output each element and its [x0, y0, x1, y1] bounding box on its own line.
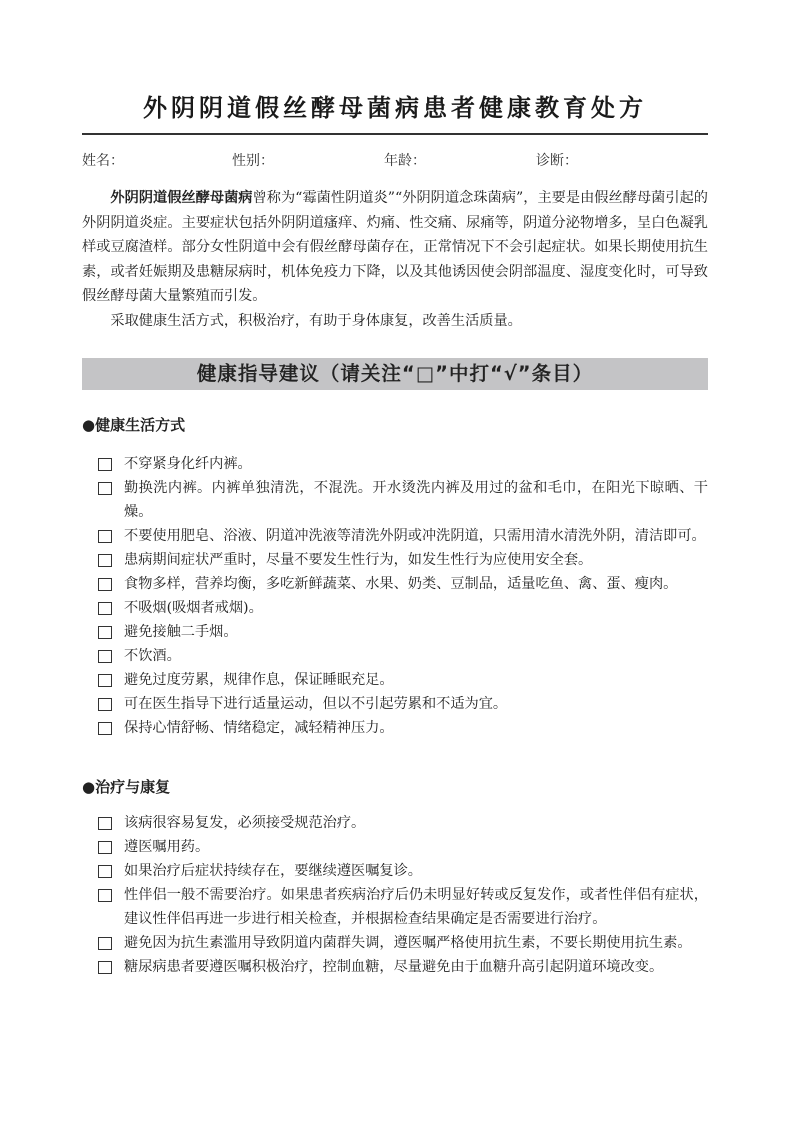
checklist-item: 患病期间症状严重时，尽量不要发生性行为，如发生性行为应使用安全套。	[98, 548, 708, 572]
diagnosis-field-label[interactable]: 诊断：	[536, 150, 578, 170]
title-divider	[82, 133, 708, 135]
checkbox[interactable]	[98, 674, 112, 687]
checklist-item-text: 勤换洗内裤。内裤单独清洗，不混洗。开水烫洗内裤及用过的盆和毛巾，在阳光下晾晒、干…	[124, 476, 708, 524]
checklist-item-text: 保持心情舒畅、情绪稳定，减轻精神压力。	[124, 716, 708, 740]
checklist-item: 性伴侣一般不需要治疗。如果患者疾病治疗后仍未明显好转或反复发作，或者性伴侣有症状…	[98, 883, 708, 931]
checkbox[interactable]	[98, 722, 112, 735]
checklist-item: 不饮酒。	[98, 644, 708, 668]
checklist-item: 如果治疗后症状持续存在，要继续遵医嘱复诊。	[98, 859, 708, 883]
checkbox[interactable]	[98, 482, 112, 495]
checklist-item-text: 患病期间症状严重时，尽量不要发生性行为，如发生性行为应使用安全套。	[124, 548, 708, 572]
checklist-item: 避免因为抗生素滥用导致阴道内菌群失调，遵医嘱严格使用抗生素，不要长期使用抗生素。	[98, 931, 708, 955]
checklist-item: 勤换洗内裤。内裤单独清洗，不混洗。开水烫洗内裤及用过的盆和毛巾，在阳光下晾晒、干…	[98, 476, 708, 524]
checkbox[interactable]	[98, 650, 112, 663]
intro-paragraph-1: 外阴阴道假丝酵母菌病曾称为“霉菌性阴道炎”“外阴阴道念珠菌病”，主要是由假丝酵母…	[82, 186, 708, 309]
checkbox[interactable]	[98, 602, 112, 615]
checklist-item-text: 食物多样，营养均衡，多吃新鲜蔬菜、水果、奶类、豆制品，适量吃鱼、禽、蛋、瘦肉。	[124, 572, 708, 596]
treatment-checklist: 该病很容易复发，必须接受规范治疗。遵医嘱用药。如果治疗后症状持续存在，要继续遵医…	[98, 811, 708, 979]
checklist-item: 保持心情舒畅、情绪稳定，减轻精神压力。	[98, 716, 708, 740]
sex-field-label[interactable]: 性别：	[232, 150, 274, 170]
checkbox[interactable]	[98, 698, 112, 711]
age-field-label[interactable]: 年龄：	[384, 150, 426, 170]
checklist-item: 不穿紧身化纤内裤。	[98, 452, 708, 476]
section-heading-treatment: ●治疗与康复	[82, 776, 170, 797]
checkbox[interactable]	[98, 937, 112, 950]
checklist-item-text: 不要使用肥皂、浴液、阴道冲洗液等清洗外阴或冲洗阴道，只需用清水清洗外阴，清洁即可…	[124, 524, 708, 548]
document-title: 外阴阴道假丝酵母菌病患者健康教育处方	[82, 88, 708, 123]
lifestyle-checklist: 不穿紧身化纤内裤。勤换洗内裤。内裤单独清洗，不混洗。开水烫洗内裤及用过的盆和毛巾…	[98, 452, 708, 740]
checklist-item: 遵医嘱用药。	[98, 835, 708, 859]
checklist-item-text: 避免因为抗生素滥用导致阴道内菌群失调，遵医嘱严格使用抗生素，不要长期使用抗生素。	[124, 931, 708, 955]
checklist-item: 糖尿病患者要遵医嘱积极治疗，控制血糖，尽量避免由于血糖升高引起阴道环境改变。	[98, 955, 708, 979]
checkbox[interactable]	[98, 530, 112, 543]
checklist-item-text: 可在医生指导下进行适量运动，但以不引起劳累和不适为宜。	[124, 692, 708, 716]
checkbox[interactable]	[98, 841, 112, 854]
checklist-item-text: 不吸烟(吸烟者戒烟)。	[124, 596, 708, 620]
intro-paragraph-1-text: 曾称为“霉菌性阴道炎”“外阴阴道念珠菌病”，主要是由假丝酵母菌引起的外阴阴道炎症…	[82, 190, 708, 304]
checkbox[interactable]	[98, 865, 112, 878]
disease-name: 外阴阴道假丝酵母菌病	[110, 190, 252, 206]
checklist-item: 不要使用肥皂、浴液、阴道冲洗液等清洗外阴或冲洗阴道，只需用清水清洗外阴，清洁即可…	[98, 524, 708, 548]
checkbox[interactable]	[98, 889, 112, 902]
checklist-item-text: 糖尿病患者要遵医嘱积极治疗，控制血糖，尽量避免由于血糖升高引起阴道环境改变。	[124, 955, 708, 979]
checklist-item-text: 避免过度劳累，规律作息，保证睡眠充足。	[124, 668, 708, 692]
checkbox[interactable]	[98, 458, 112, 471]
checklist-item: 可在医生指导下进行适量运动，但以不引起劳累和不适为宜。	[98, 692, 708, 716]
name-field-label[interactable]: 姓名：	[82, 150, 124, 170]
checklist-item: 避免过度劳累，规律作息，保证睡眠充足。	[98, 668, 708, 692]
checkbox[interactable]	[98, 626, 112, 639]
section-heading-lifestyle: ●健康生活方式	[82, 414, 185, 435]
intro-text: 外阴阴道假丝酵母菌病曾称为“霉菌性阴道炎”“外阴阴道念珠菌病”，主要是由假丝酵母…	[82, 186, 708, 333]
checkbox[interactable]	[98, 554, 112, 567]
intro-paragraph-2: 采取健康生活方式，积极治疗，有助于身体康复，改善生活质量。	[82, 309, 708, 334]
checklist-item-text: 该病很容易复发，必须接受规范治疗。	[124, 811, 708, 835]
checklist-item-text: 如果治疗后症状持续存在，要继续遵医嘱复诊。	[124, 859, 708, 883]
checklist-item: 不吸烟(吸烟者戒烟)。	[98, 596, 708, 620]
checklist-item-text: 性伴侣一般不需要治疗。如果患者疾病治疗后仍未明显好转或反复发作，或者性伴侣有症状…	[124, 883, 708, 931]
checkbox[interactable]	[98, 817, 112, 830]
guidance-banner: 健康指导建议（请关注“□”中打“√”条目）	[82, 358, 708, 390]
checklist-item-text: 不穿紧身化纤内裤。	[124, 452, 708, 476]
checklist-item: 避免接触二手烟。	[98, 620, 708, 644]
checklist-item-text: 避免接触二手烟。	[124, 620, 708, 644]
checklist-item-text: 遵医嘱用药。	[124, 835, 708, 859]
checkbox[interactable]	[98, 961, 112, 974]
checkbox[interactable]	[98, 578, 112, 591]
checklist-item-text: 不饮酒。	[124, 644, 708, 668]
checklist-item: 食物多样，营养均衡，多吃新鲜蔬菜、水果、奶类、豆制品，适量吃鱼、禽、蛋、瘦肉。	[98, 572, 708, 596]
checklist-item: 该病很容易复发，必须接受规范治疗。	[98, 811, 708, 835]
